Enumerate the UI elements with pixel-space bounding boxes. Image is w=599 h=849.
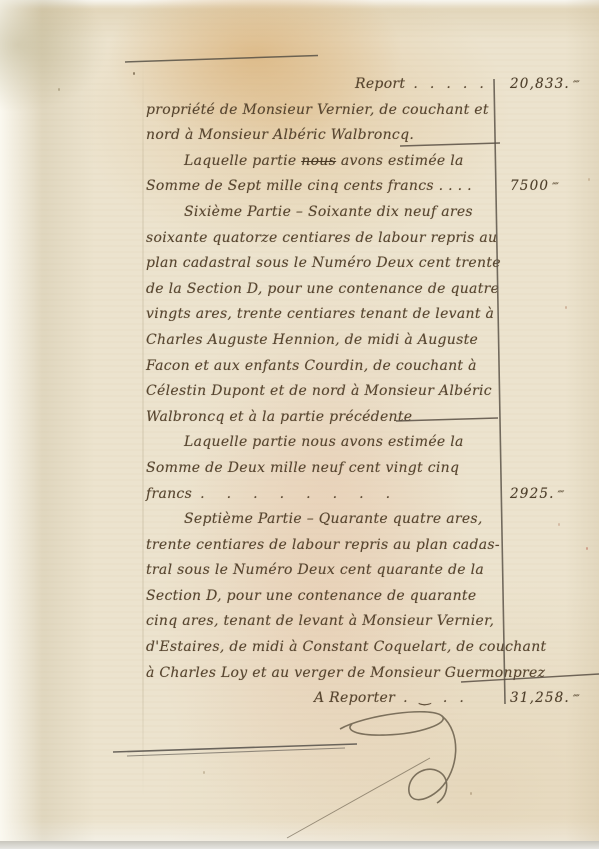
- manuscript-line: Septième Partie – Quarante quatre ares,: [146, 507, 592, 533]
- manuscript-line: à Charles Loy et au verger de Monsieur G…: [146, 661, 592, 687]
- report-line: Report. . . . . 20,833.⁗: [146, 72, 592, 98]
- manuscript-line: Somme de Deux mille neuf cent vingt cinq: [146, 456, 592, 482]
- amount-value: 20,833.⁗: [510, 72, 580, 99]
- manuscript-line: vingts ares, trente centiares tenant de …: [146, 302, 592, 328]
- manuscript-line: nord à Monsieur Albéric Walbroncq.: [146, 123, 592, 149]
- manuscript-line: Facon et aux enfants Courdin, de couchan…: [146, 354, 592, 380]
- manuscript-line: plan cadastral sous le Numéro Deux cent …: [146, 251, 592, 277]
- carry-forward-label: A Reporter: [314, 690, 395, 706]
- manuscript-line: Laquelle partie nous avons estimée la: [146, 430, 592, 456]
- manuscript-text-block: Report. . . . . 20,833.⁗ propriété de Mo…: [146, 72, 592, 712]
- margin-crease: [142, 58, 144, 798]
- leader-dots: . . . . . . . .: [192, 486, 390, 502]
- amount-value: 7500⁗: [510, 174, 559, 201]
- foxing-specks: [133, 72, 135, 75]
- manuscript-line: trente centiares de labour repris au pla…: [146, 533, 592, 559]
- struck-word: nous: [301, 153, 336, 169]
- centimes-mark: ⁗: [570, 80, 580, 91]
- carry-forward-line: A Reporter. ‿ . . 31,258.⁗: [146, 686, 592, 712]
- manuscript-line: Sixième Partie – Soixante dix neuf ares: [146, 200, 592, 226]
- manuscript-line: de la Section D, pour une contenance de …: [146, 277, 592, 303]
- report-label: Report: [355, 76, 405, 92]
- leader-dots: . ‿ . .: [395, 690, 464, 706]
- document-page: Report. . . . . 20,833.⁗ propriété de Mo…: [0, 0, 599, 849]
- manuscript-line: soixante quatorze centiares de labour re…: [146, 226, 592, 252]
- page-bottom-edge: [0, 841, 599, 849]
- manuscript-line: Section D, pour une contenance de quaran…: [146, 584, 592, 610]
- manuscript-line: francs. . . . . . . . 2925.⁗: [146, 482, 592, 508]
- manuscript-line: Somme de Sept mille cinq cents francs . …: [146, 174, 592, 200]
- manuscript-line: tral sous le Numéro Deux cent quarante d…: [146, 558, 592, 584]
- manuscript-line: propriété de Monsieur Vernier, de coucha…: [146, 98, 592, 124]
- manuscript-line: d'Estaires, de midi à Constant Coquelart…: [146, 635, 592, 661]
- leader-dots: . . . . .: [405, 76, 484, 92]
- manuscript-line: Laquelle partie nous avons estimée la: [146, 149, 592, 175]
- amount-value: 2925.⁗: [510, 482, 564, 509]
- manuscript-line: Walbroncq et à la partie précédente: [146, 405, 592, 431]
- manuscript-line: Célestin Dupont et de nord à Monsieur Al…: [146, 379, 592, 405]
- centimes-mark: ⁗: [555, 490, 565, 501]
- amount-value: 31,258.⁗: [510, 686, 580, 713]
- manuscript-line: cinq ares, tenant de levant à Monsieur V…: [146, 609, 592, 635]
- centimes-mark: ⁗: [549, 182, 559, 193]
- centimes-mark: ⁗: [570, 694, 580, 705]
- manuscript-line: Charles Auguste Hennion, de midi à Augus…: [146, 328, 592, 354]
